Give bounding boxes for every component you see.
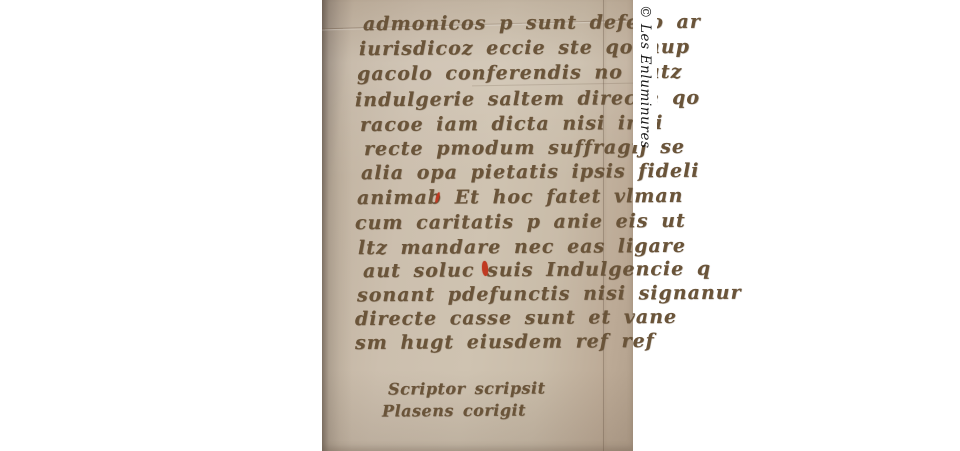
manuscript-line: sonant pdefunctis nisi signanur <box>357 282 742 307</box>
manuscript-line: alia opa pietatis ipsis fideli <box>361 160 700 184</box>
manuscript-line: aut soluc suis Indulgencie q <box>363 258 711 282</box>
manuscript-line: sm hugt eiusdem ref ref <box>355 330 655 354</box>
manuscript-text: admonicos p sunt defero ariurisdicoz ecc… <box>322 0 633 451</box>
manuscript-line: directe casse sunt et vane <box>355 306 677 330</box>
manuscript-line: animab Et hoc fatet vlman <box>357 185 684 209</box>
copyright-watermark: © Les Enluminures <box>633 0 657 145</box>
colophon-line: Plasens corigit <box>382 399 526 422</box>
manuscript-line: racoe iam dicta nisi indi <box>360 112 664 136</box>
manuscript-photo: admonicos p sunt defero ariurisdicoz ecc… <box>322 0 633 451</box>
image-canvas: admonicos p sunt defero ariurisdicoz ecc… <box>0 0 960 451</box>
manuscript-line: cum caritatis p anie eis ut <box>355 210 686 234</box>
manuscript-line: ltz mandare nec eas ligare <box>358 235 686 259</box>
copyright-text: © Les Enluminures <box>637 0 653 145</box>
colophon-line: Scriptor scripsit <box>388 377 546 400</box>
